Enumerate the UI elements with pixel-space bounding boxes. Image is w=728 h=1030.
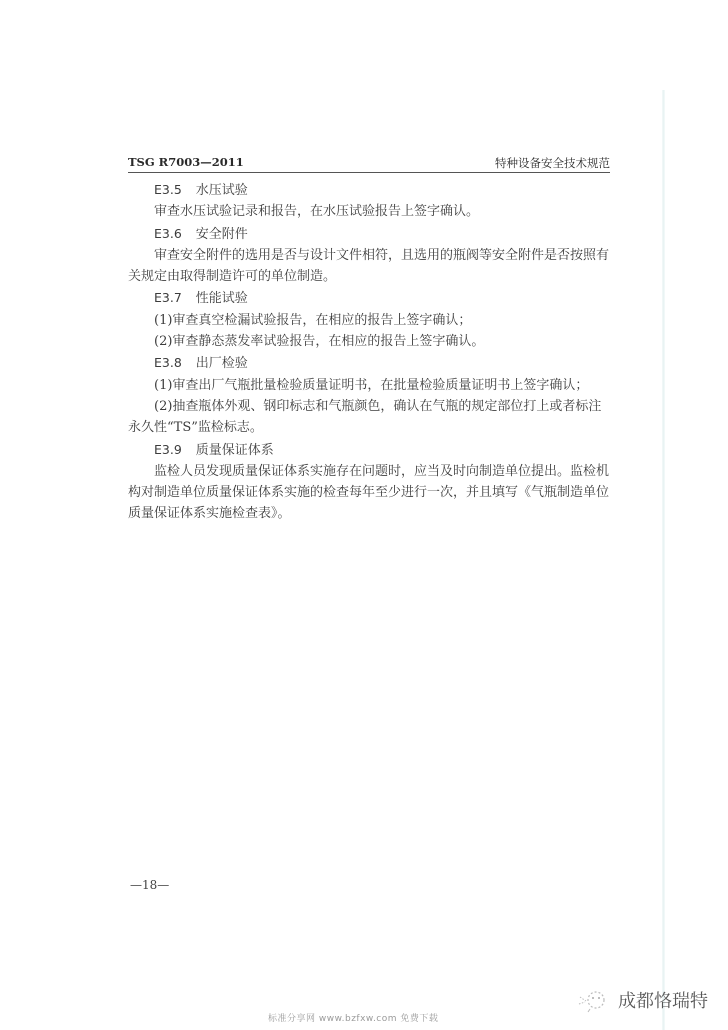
document-code: TSG R7003—2011 — [128, 155, 244, 169]
section-title: 质量保证体系 — [196, 443, 274, 458]
header-rule — [128, 172, 610, 173]
section-heading: E3.6安全附件 — [128, 223, 598, 245]
list-item: (1)审查出厂气瓶批量检验质量证明书，在批量检验质量证明书上签字确认； — [128, 375, 598, 396]
section-number: E3.6 — [154, 226, 182, 241]
list-item: (2)抽查瓶体外观、钢印标志和气瓶颜色，确认在气瓶的规定部位打上或者标注 — [128, 396, 598, 417]
section-title: 安全附件 — [196, 227, 248, 242]
series-title: 特种设备安全技术规范 — [495, 155, 610, 171]
section-heading: E3.5水压试验 — [128, 179, 598, 201]
paragraph-line: 审查安全附件的选用是否与设计文件相符，且选用的瓶阀等安全附件是否按照有 — [128, 245, 598, 266]
section-title: 水压试验 — [196, 183, 248, 198]
section-number: E3.7 — [154, 290, 182, 305]
list-item: (2)审查静态蒸发率试验报告，在相应的报告上签字确认。 — [128, 331, 598, 352]
section-number: E3.8 — [154, 355, 182, 370]
section-number: E3.5 — [154, 182, 182, 197]
document-body: E3.5水压试验 审查水压试验记录和报告，在水压试验报告上签字确认。 E3.6安… — [128, 179, 598, 525]
section-title: 性能试验 — [196, 291, 248, 306]
page-number: —18— — [130, 878, 169, 892]
section-title: 出厂检验 — [196, 356, 248, 371]
section-heading: E3.9质量保证体系 — [128, 439, 598, 461]
scan-page-edge — [662, 90, 665, 1030]
section-heading: E3.7性能试验 — [128, 287, 598, 309]
brand-name: 成都恪瑞特 — [618, 987, 708, 1013]
footer-watermark: 标准分享网 www.bzfxw.com 免费下载 — [268, 1011, 438, 1024]
paragraph-line: 构对制造单位质量保证体系实施的检查每年至少进行一次，并且填写《气瓶制造单位 — [128, 482, 598, 503]
section-heading: E3.8出厂检验 — [128, 352, 598, 374]
paragraph-line: 关规定由取得制造许可的单位制造。 — [128, 266, 598, 287]
running-header: TSG R7003—2011 特种设备安全技术规范 — [128, 153, 610, 173]
paragraph-line: 审查水压试验记录和报告，在水压试验报告上签字确认。 — [128, 201, 598, 222]
list-item-continuation: 永久性“TS”监检标志。 — [128, 417, 598, 438]
section-number: E3.9 — [154, 442, 182, 457]
list-item: (1)审查真空检漏试验报告，在相应的报告上签字确认； — [128, 310, 598, 331]
wechat-official-account-icon — [576, 987, 612, 1013]
brand-watermark: 成都恪瑞特 — [576, 985, 708, 1015]
paragraph-line: 监检人员发现质量保证体系实施存在问题时，应当及时向制造单位提出。监检机 — [128, 461, 598, 482]
paragraph-line: 质量保证体系实施检查表》。 — [128, 503, 598, 524]
